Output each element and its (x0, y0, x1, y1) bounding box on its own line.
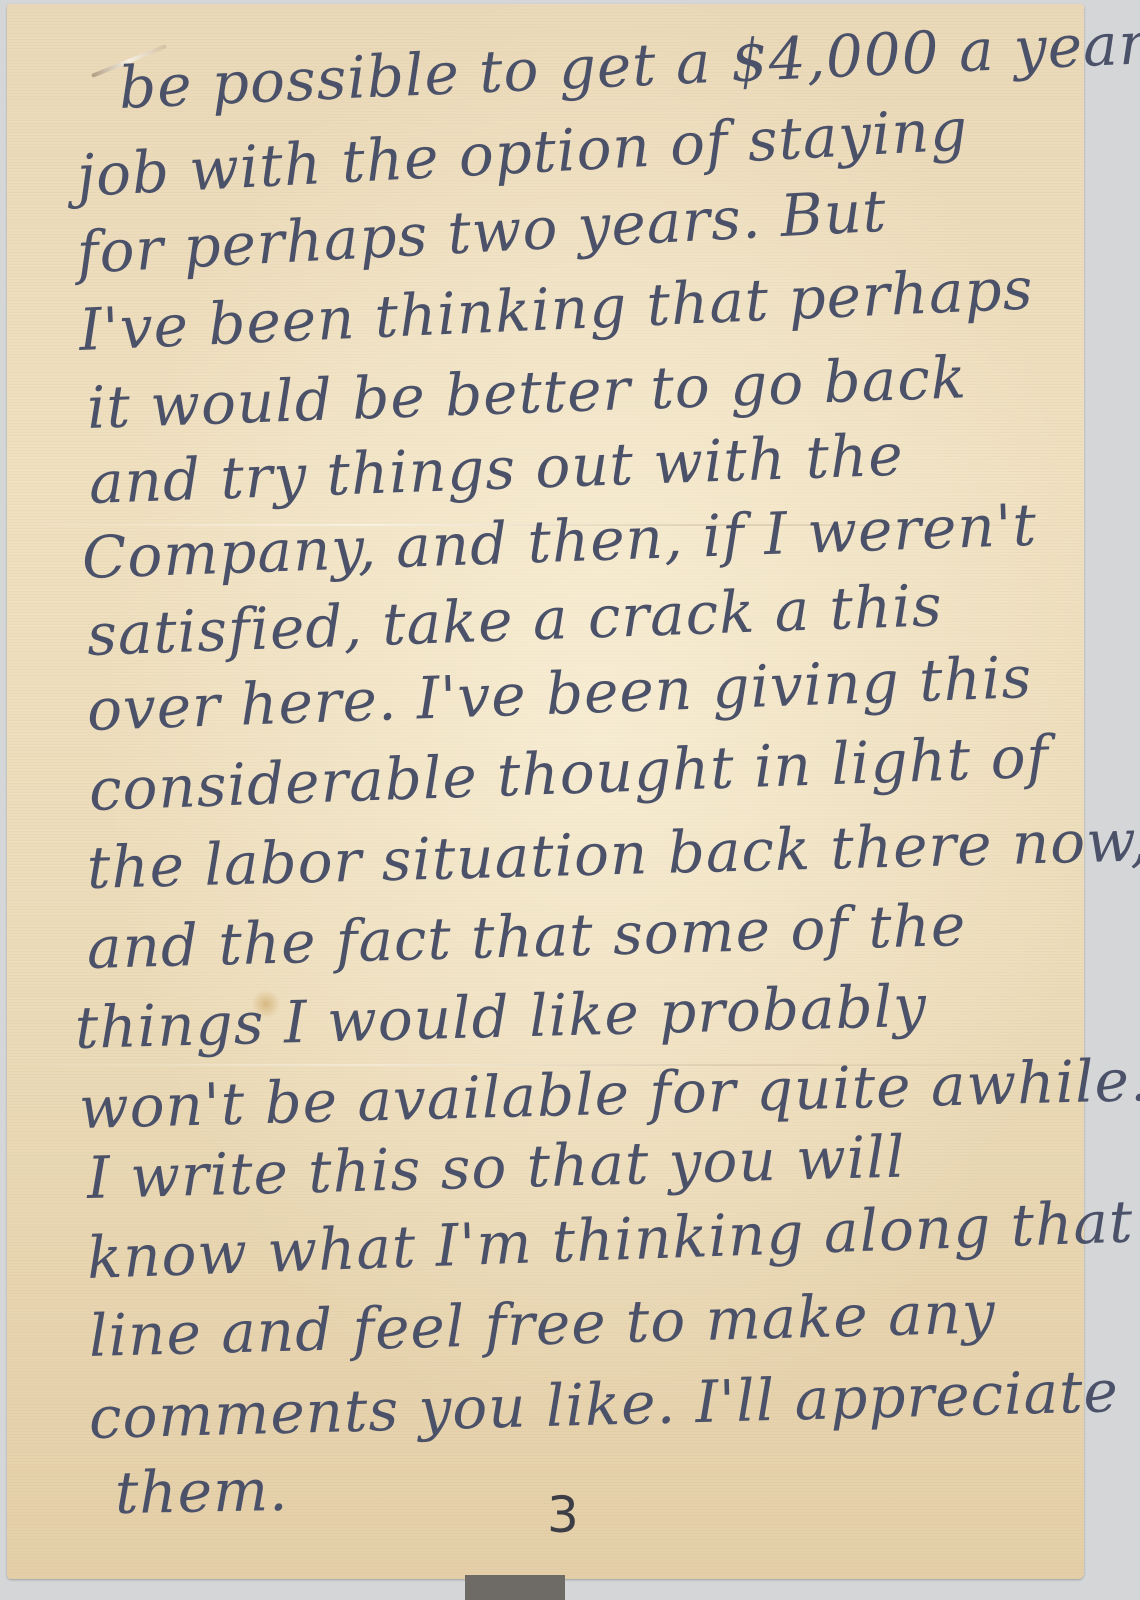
letter-body: be possible to get a $4,000 a year job w… (7, 4, 1084, 1579)
letter-line: be possible to get a $4,000 a year (118, 9, 1140, 122)
letter-line: line and feel free to make any (88, 1278, 996, 1370)
scanner-clip (465, 1575, 565, 1600)
letter-page: be possible to get a $4,000 a year job w… (7, 4, 1084, 1579)
letter-line: things I would like probably (74, 972, 928, 1062)
page-number: 3 (547, 1486, 579, 1544)
letter-line: the labor situation back there now, (86, 806, 1140, 902)
letter-line: and the fact that some of the (86, 891, 967, 982)
letter-line: comments you like. I'll appreciate (88, 1357, 1119, 1452)
letter-line: them. (114, 1456, 289, 1527)
letter-line: won't be available for quite awhile. (78, 1046, 1140, 1142)
